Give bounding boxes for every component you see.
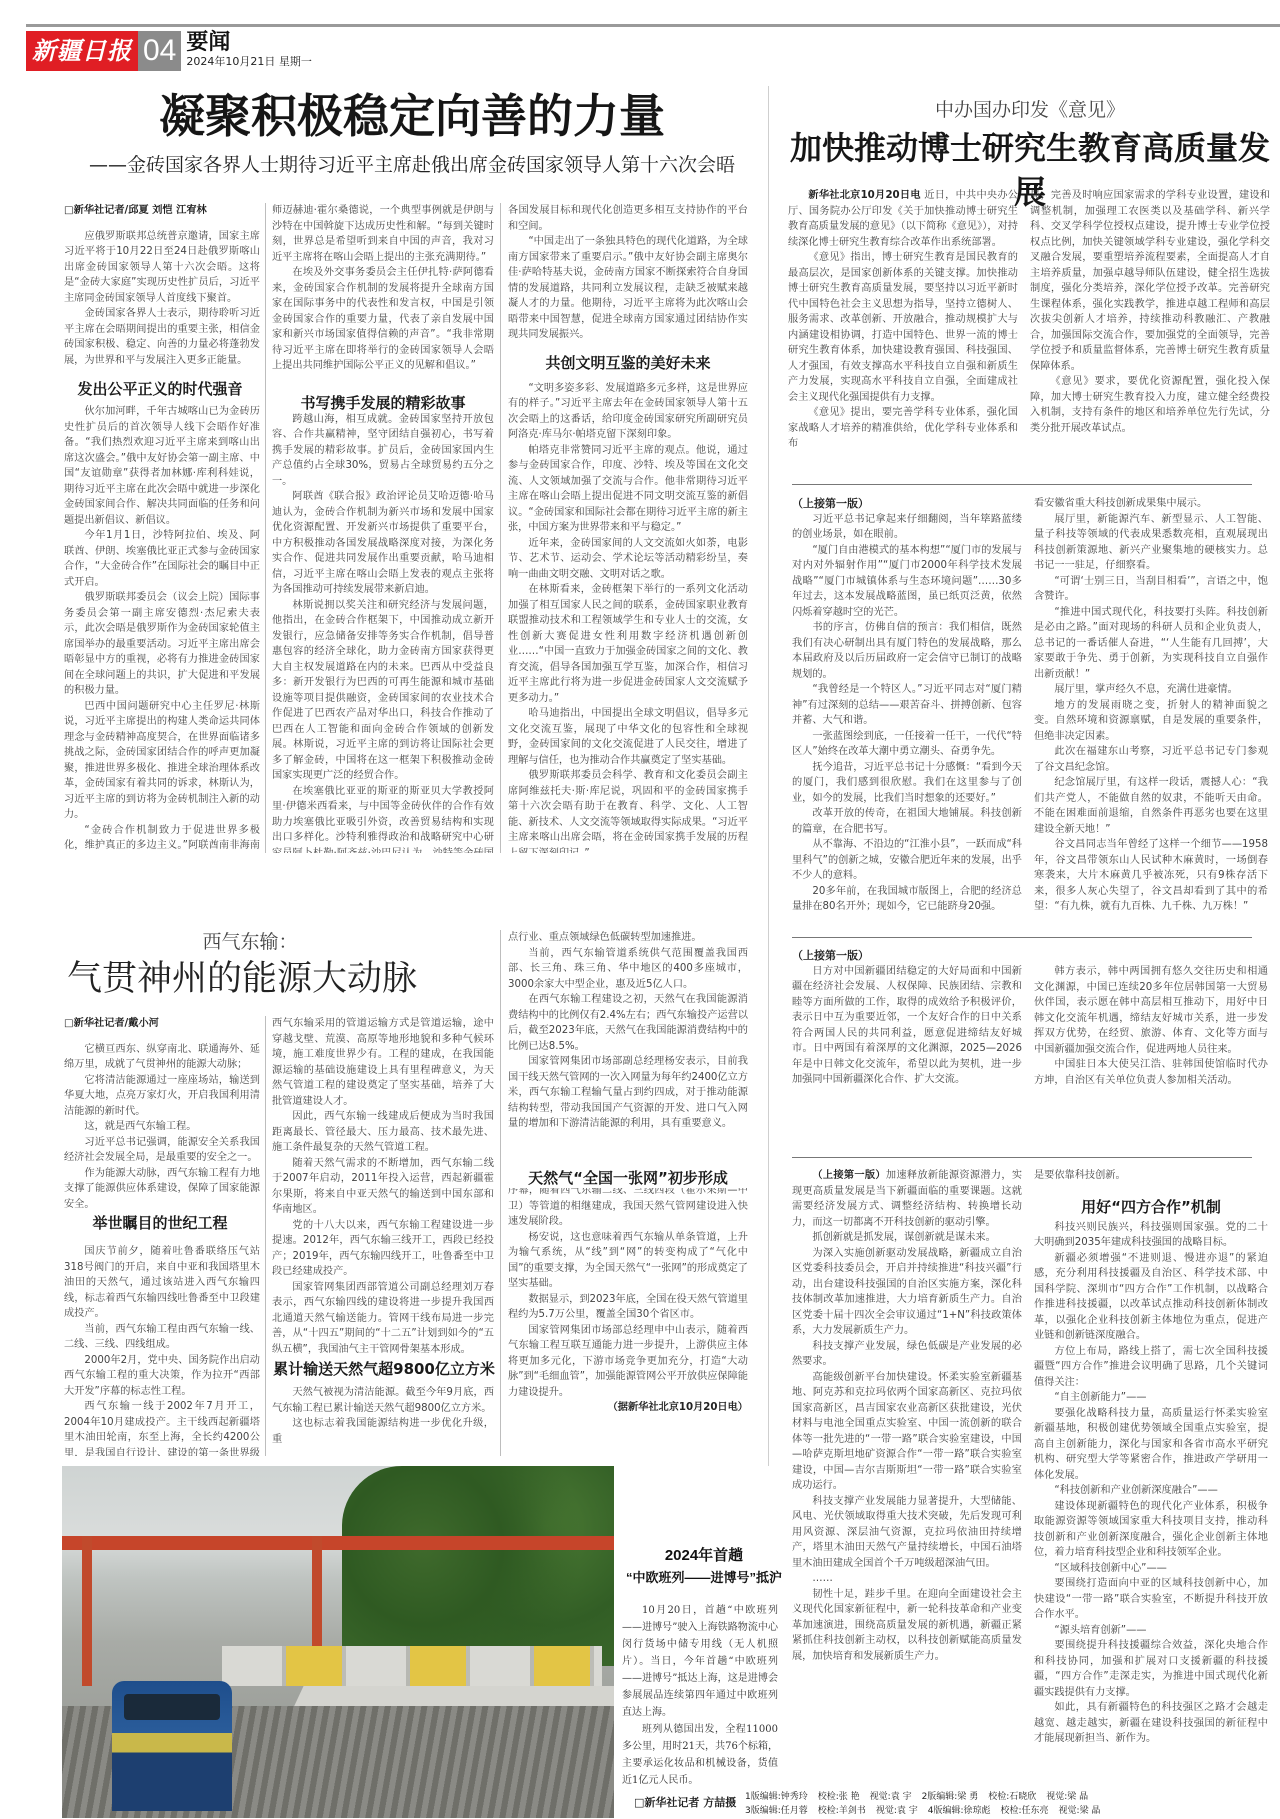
paragraph: 科技支撑产业发展能力显著提升，大型储能、风电、光伏领域取得重大技术突破，先后发现… xyxy=(792,1494,1022,1572)
section-rule xyxy=(792,484,1252,485)
article2-column-2: 局，完善及时响应国家需求的学科专业设置，建设和调整机制，加强理工农医类以及基础学… xyxy=(1030,188,1270,458)
paragraph: 点行业、重点领域绿色低碳转型加速推进。 xyxy=(508,930,748,946)
paragraph: 这也标志着我国能源结构进一步优化升级，重 xyxy=(272,1416,494,1445)
editor-row-1: 1版编辑:钟秀玲校检:张 艳视觉:袁 宇2版编辑:梁 勇校检:石晓欣视觉:梁 晶 xyxy=(745,1790,1110,1804)
paragraph: 在埃及外交事务委员会主任伊扎特·萨阿德看来，金砖国家合作机制的发展将提升全球南方… xyxy=(272,265,494,374)
paragraph: 纪念馆展厅里，有这样一段话，震撼人心：“我们共产党人，不能做自然的奴隶，不能听天… xyxy=(1034,775,1268,837)
paragraph: 在林斯看来，金砖框架下举行的一系列文化活动加强了相互国家人民之间的联系，金砖国家… xyxy=(508,582,748,706)
paragraph: “文明多姿多彩、发展道路多元多样，这是世界应有的样子。”习近平主席去年在金砖国家… xyxy=(508,381,748,443)
editor-credit: 视觉:梁 晶 xyxy=(1046,1790,1088,1804)
paragraph: 西气东输一线于2002年7月开工，2004年10月建成投产。主干线西起新疆塔里木… xyxy=(64,1399,260,1456)
section-title: 要闻 xyxy=(186,31,312,55)
paragraph: 哈马迪指出，中国提出全球文明倡议，倡导多元文化交流互鉴，展现了中华文化的包容性和… xyxy=(508,706,748,768)
section-rule xyxy=(792,937,1252,938)
paragraph: 要强化战略科技力量，高质量运行怀柔实验室新疆基地，积极创建优势领域全国重点实验室… xyxy=(1034,1406,1268,1484)
paragraph: 它横亘西东、纵穿南北、联通海外、延绵万里，成就了气贯神州的能源大动脉； xyxy=(64,1042,260,1073)
newspaper-logo: 新疆日报 xyxy=(26,31,138,71)
paragraph: “中国走出了一条独具特色的现代化道路，为全球南方国家带来了重要启示。”俄中友好协… xyxy=(508,234,748,343)
article5-section3-title: 天然气“全国一张网”初步形成 xyxy=(508,1167,748,1188)
paragraph: 巴西中国问题研究中心主任罗尼·林斯说，习近平主席提出的构建人类命运共同体理念与金… xyxy=(64,699,260,823)
article1-section2-title: 书写携手发展的精彩故事 xyxy=(272,392,494,413)
news-photo-train xyxy=(62,1466,614,1818)
section-rule xyxy=(792,1157,1252,1158)
paragraph: 《意见》指出，博士研究生教育是国民教育的最高层次，是国家创新体系的关键支撑。加快… xyxy=(788,250,1018,405)
paragraph: 当前，西气东输工程由西气东输一线、二线、三线、四线组成。 xyxy=(64,1322,260,1353)
editor-credit: 校检:羊剑书 xyxy=(818,1804,866,1818)
paragraph: 要围绕提升科技援疆综合效益，深化央地合作和科技协同，加强和扩展对口支援新疆的科技… xyxy=(1034,1638,1268,1700)
paragraph: 是要依靠科技创新。 xyxy=(1034,1168,1268,1184)
paragraph: 科技兴则民族兴，科技强则国家强。党的二十大明确到2035年建成科技强国的战略目标… xyxy=(1034,1220,1268,1251)
paragraph: 新华社北京10月20日电 近日，中共中央办公厅、国务院办公厅印发《关于加快推动博… xyxy=(788,188,1018,250)
paragraph: 国家管网集团市场部总经理申中山表示，随着西气东输工程互联互通能力进一步提升，上游… xyxy=(508,1323,748,1401)
paragraph: 当前，西气东输管道系统供气范围覆盖我国西部、长三角、珠三角、华中地区的400多座… xyxy=(508,946,748,993)
article3-jump-label: （上接第一版） xyxy=(792,496,1022,512)
paragraph: 日方对中国新疆团结稳定的大好局面和中国新疆在经济社会发展、人权保障、民族团结、宗… xyxy=(792,964,1022,1088)
photo-containers xyxy=(222,1646,602,1686)
article2-kicker: 中办国办印发《意见》 xyxy=(780,98,1280,122)
paragraph: 改革开放的传奇，在祖国大地铺展。科技创新的篇章，在合肥书写。 xyxy=(792,806,1022,837)
article2-column-1: 新华社北京10月20日电 近日，中共中央办公厅、国务院办公厅印发《关于加快推动博… xyxy=(788,188,1018,458)
paragraph: 一张蓝图绘到底，一任接着一任干，一代代“特区人”始终在改革大潮中勇立潮头、奋勇争… xyxy=(792,729,1022,760)
editor-credit: 校检:张 艳 xyxy=(818,1790,860,1804)
article6-column-1: （上接第一版）加速释放新能源资源潜力，实现更高质量发展是当下新疆面临的重要课题。… xyxy=(792,1168,1022,1788)
paragraph: 韩方表示，韩中两国拥有悠久交往历史和相通文化渊源，中国已连续20多年位居韩国第一… xyxy=(1034,964,1268,1057)
paragraph: 党的十八大以来，西气东输工程建设进一步提速。2012年，西气东输三线开工，西段已… xyxy=(272,1218,494,1280)
editor-credit: 视觉:梁 晶 xyxy=(1059,1804,1101,1818)
editor-credit: 视觉:袁 宇 xyxy=(876,1804,918,1818)
article4-column-1: （上接第一版） 日方对中国新疆团结稳定的大好局面和中国新疆在经济社会发展、人权保… xyxy=(792,948,1022,1144)
paragraph: 俄罗斯联邦委员会（议会上院）国际事务委员会第一副主席安德烈·杰尼索夫表示，此次会… xyxy=(64,590,260,699)
paragraph: 林斯说拥以奖关注和研究经济与发展问题，他指出，在金砖合作框架下，中国推动成立新开… xyxy=(272,598,494,784)
article5-column-1: □新华社记者/戴小河 它横亘西东、纵穿南北、联通海外、延绵万里，成就了气贯神州的… xyxy=(64,1016,260,1456)
paragraph: 各国发展目标和现代化创造更多相互支持协作的平台和空间。 xyxy=(508,203,748,234)
photo-caption-body: 10月20日，首趟“中欧班列——进博号”驶入上海铁路物流中心闵行货场中储专用线（… xyxy=(622,1602,778,1789)
paragraph: 谷文昌同志当年曾经了这样一个细节——1958年，谷文昌带领东山人民试种木麻黄时，… xyxy=(1034,837,1268,915)
page-number: 04 xyxy=(138,31,181,71)
article5-column-3: 点行业、重点领域绿色低碳转型加速推进。 当前，西气东输管道系统供气范围覆盖我国西… xyxy=(508,930,748,1456)
paragraph: 它将清洁能源通过一座座场站，输送到华夏大地，点亮万家灯火，开启我国利用清洁能源的… xyxy=(64,1073,260,1120)
paragraph: （上接第一版）加速释放新能源资源潜力，实现更高质量发展是当下新疆面临的重要课题。… xyxy=(792,1168,1022,1230)
paragraph: 因此，西气东输一线建成后便成为当时我国距离最长、管径最大、压力最高、技术最先进、… xyxy=(272,1109,494,1156)
photo-caption-title-1: 2024年首趟 xyxy=(614,1546,794,1566)
article4-column-2: 韩方表示，韩中两国拥有悠久交往历史和相通文化渊源，中国已连续20多年位居韩国第一… xyxy=(1034,964,1268,1144)
paragraph: 在埃塞俄比亚亚的斯亚的斯亚贝大学教授阿里·伊德米西看来，与中国等金砖伙伴的合作有… xyxy=(272,784,494,854)
paragraph: 地方的发展雨晓之变，折射人的精神面貌之变。自然环境和资源禀赋，自是发展的重要条件… xyxy=(1034,698,1268,745)
paragraph: 今年1月1日，沙特阿拉伯、埃及、阿联酋、伊朗、埃塞俄比亚正式参与金砖国家合作，“… xyxy=(64,528,260,590)
article1-headline: 凝聚积极稳定向善的力量 xyxy=(62,86,762,146)
paragraph: 展厅里，掌声经久不息，充满仕进豪情。 xyxy=(1034,682,1268,698)
section-header: 要闻 2024年10月21日 星期一 xyxy=(181,31,312,71)
paragraph: 国家管网集团市场部副总经理杨安表示，目前我国干线天然气管网的一次入网量为每年约2… xyxy=(508,1054,748,1132)
paragraph: 要围绕打造面向中亚的区域科技创新中心，加快建设“一带一路”联合实验室，不断提升科… xyxy=(1034,1576,1268,1623)
masthead-rule xyxy=(26,24,1280,27)
article5-headline: 气贯神州的能源大动脉 xyxy=(62,956,422,1002)
article1-column-1: □新华社记者/邱夏 刘恺 江宥林 应俄罗斯联邦总统普京邀请，国家主席习近平将于1… xyxy=(64,203,260,853)
article3-column-2: 看安徽省重大科技创新成果集中展示。 展厅里，新能源汽车、新型显示、人工智能、量子… xyxy=(1034,496,1268,916)
paragraph: 俄罗斯联邦委员会科学、教育和文化委员会副主席阿维兹托夫·斯·库尼说，巩固和平的金… xyxy=(508,768,748,853)
article4-jump-label: （上接第一版） xyxy=(792,948,1022,964)
paragraph: 抓创新就是抓发展，谋创新就是谋未来。 xyxy=(792,1230,1022,1246)
column-divider xyxy=(265,1016,266,1456)
editor-credits: 1版编辑:钟秀玲校检:张 艳视觉:袁 宇2版编辑:梁 勇校检:石晓欣视觉:梁 晶… xyxy=(745,1790,1110,1818)
editor-credit: 3版编辑:任月蓉 xyxy=(745,1804,808,1818)
article1-byline: □新华社记者/邱夏 刘恺 江宥林 xyxy=(64,203,260,219)
paragraph: 金砖国家各界人士表示，期待聆听习近平主席在会晤期间提出的重要主张，相信金砖国家积… xyxy=(64,306,260,368)
paragraph: 帕塔克非常赞同习近平主席的观点。他说，通过参与金砖国家合作，印度、沙特、埃及等国… xyxy=(508,443,748,536)
paragraph: 应俄罗斯联邦总统普京邀请，国家主席习近平将于10月22日至24日赴俄罗斯喀山出席… xyxy=(64,229,260,307)
paragraph: 科技支撑产业发展，绿色低碳是产业发展的必然要求。 xyxy=(792,1339,1022,1370)
editor-credit: 校检:任东亮 xyxy=(1000,1804,1048,1818)
paragraph: 国庆节前夕，随着吐鲁番联络压气站318号阀门的开启，来自中亚和我国塔里木油田的天… xyxy=(64,1244,260,1322)
article1-section1-title: 发出公平正义的时代强音 xyxy=(62,378,258,399)
paragraph: 亿万千百十，皆起于一。“惟其艰巨，所以伟大；惟其艰巨，更显荣光。” xyxy=(1034,915,1268,917)
paragraph: 阿联酋《联合报》政治评论员艾哈迈德·哈马迪认为，金砖合作机制为新兴市场和发展中国… xyxy=(272,489,494,598)
paragraph: 《意见》要求，要优化资源配置，强化投入保障，加大博士研究生教育投入力度，建立健全… xyxy=(1030,374,1270,436)
paragraph: 为深入实施创新驱动发展战略，新疆成立自治区党委科技委员会，开启并持续推进“科技兴… xyxy=(792,1246,1022,1339)
article6-jump-label: （上接第一版） xyxy=(812,1170,885,1181)
article1-column-2: 师迈赫迪·霍尔桑德说，一个典型事例就是伊朗与沙特在中国斡旋下达成历史性和解。“每… xyxy=(272,203,494,853)
paragraph: 展厅里，新能源汽车、新型显示、人工智能、量子科技等领域的代表成果悉数亮相，直观展… xyxy=(1034,512,1268,574)
article6-section1-title: 用好“四方合作”机制 xyxy=(1034,1196,1268,1217)
paragraph: 中国驻日本大使吴江浩、驻韩国使馆临时代办方坤，自治区有关单位负责人参加相关活动。 xyxy=(1034,1057,1268,1088)
paragraph: 如此，具有新疆特色的科技强区之路才会越走越宽、越走越实，新疆在建设科技强国的新征… xyxy=(1034,1700,1268,1747)
photo-caption-title-2: “中欧班列——进博号”抵沪 xyxy=(614,1568,794,1588)
paragraph: 高能级创新平台加快建设。怀柔实验室新疆基地、阿克苏和克拉玛依两个国家高新区、克拉… xyxy=(792,1370,1022,1494)
paragraph: 西气东输采用的管道运输方式是管道运输，途中穿越戈壁、荒漠、高原等地形地貌和多种气… xyxy=(272,1016,494,1109)
paragraph: “源头培育创新”—— xyxy=(1034,1623,1268,1639)
article5-section2-body: 天然气被视为清洁能源。截至今年9月底，西气东输工程已累计输送天然气超9800亿立… xyxy=(272,1385,494,1445)
paragraph: “可谓‘士别三日，当刮目相看’”，言语之中，饱含赞许。 xyxy=(1034,574,1268,605)
paragraph: 习近平总书记强调，能源安全关系我国经济社会发展全局，是最重要的安全之一。 xyxy=(64,1135,260,1166)
column-divider xyxy=(500,203,501,853)
photo-crane-leg xyxy=(82,1536,92,1686)
article1-subheadline: ——金砖国家各界人士期待习近平主席赴俄出席金砖国家领导人第十六次会晤 xyxy=(52,152,772,178)
paragraph: 从不靠海、不沿边的“江淮小县”，一跃而成“科里科气”的创新之城，安徽合肥近年来的… xyxy=(792,837,1022,884)
paragraph: 党的十八大以来，习近平总书记三次到合肥考察调研，始终聚焦这里的“发展之钥”。 xyxy=(792,915,1022,917)
article5-section2-title: 累计输送天然气超9800亿立方米 xyxy=(270,1358,498,1379)
editor-credit: 1版编辑:钟秀玲 xyxy=(745,1790,808,1804)
paragraph: 新疆必须增强“不进则退、慢进亦退”的紧迫感，充分利用科技援疆及自治区、科学技术部… xyxy=(1034,1251,1268,1344)
issue-date: 2024年10月21日 星期一 xyxy=(186,55,312,69)
paragraph: 20多年前，在我国城市版图上，合肥的经济总量排在80名开外；现如今，它已能跻身2… xyxy=(792,884,1022,915)
photo-trees xyxy=(342,1466,614,1666)
paragraph: 抚今追昔，习近平总书记十分感慨：“看到今天的厦门，我们感到很欣慰。我们在这里参与… xyxy=(792,760,1022,807)
article5-kicker: 西气东输： xyxy=(170,930,330,954)
paragraph: 杨安说，这也意味着西气东输从单条管道，上升为输气系统，从“线”到“网”的转变构成… xyxy=(508,1230,748,1292)
paragraph: 作为能源大动脉，西气东输工程有力地支撑了能源供应体系建设，保障了国家能源安全。 xyxy=(64,1166,260,1213)
photo-credit: □新华社记者 方喆摄 xyxy=(634,1794,736,1810)
paragraph: “科技创新和产业创新深度融合”—— xyxy=(1034,1483,1268,1499)
masthead: 新疆日报 04 要闻 2024年10月21日 星期一 xyxy=(26,31,312,71)
paragraph: 数据显示，到2023年底，全国在役天然气管道里程约为5.7万公里，覆盖全国30个… xyxy=(508,1292,748,1323)
paragraph: 韧性十足，跬步千里。在迎向全面建设社会主义现代化国家新征程中，新一轮科技革命和产… xyxy=(792,1587,1022,1665)
paragraph: 此次在福建东山考察，习近平总书记专门参观了谷文昌纪念馆。 xyxy=(1034,744,1268,775)
photo-gantry-crane xyxy=(62,1536,614,1550)
editor-credit: 4版编辑:徐琼彪 xyxy=(928,1804,991,1818)
paragraph: 班列从德国出发，全程11000多公里，用时21天，共76个标箱，主要承运化妆品和… xyxy=(622,1721,778,1789)
paragraph: 10月20日，首趟“中欧班列——进博号”驶入上海铁路物流中心闵行货场中储专用线（… xyxy=(622,1602,778,1721)
paragraph: 近年来，金砖国家间的人文交流如火如荼，电影节、艺术节、运动会、学术论坛等活动精彩… xyxy=(508,536,748,583)
article1-section3-title: 共创文明互鉴的美好未来 xyxy=(508,352,748,373)
paragraph: 这，就是西气东输工程。 xyxy=(64,1119,260,1135)
article1-column-3: 各国发展目标和现代化创造更多相互支持协作的平台和空间。 “中国走出了一条独具特色… xyxy=(508,203,748,853)
paragraph: 2000年2月，党中央、国务院作出启动西气东输工程的重大决策，作为拉开“西部大开… xyxy=(64,1353,260,1400)
paragraph: “金砖合作机制致力于促进世界多极化，维护真正的多边主义。”阿联酋南非海南研究中心… xyxy=(64,823,260,854)
paragraph: 局，完善及时响应国家需求的学科专业设置，建设和调整机制，加强理工农医类以及基础学… xyxy=(1030,188,1270,374)
paragraph: 随着天然气需求的不断增加，西气东输二线于2007年启动，2011年投入运营，西起… xyxy=(272,1156,494,1218)
paragraph: “推进中国式现代化，科技要打头阵。科技创新是必由之路。”面对现场的科研人员和企业… xyxy=(1034,605,1268,683)
editor-credit: 视觉:袁 宇 xyxy=(870,1790,912,1804)
paragraph: 在西气东输工程建设之初，天然气在我国能源消费结构中的比例仅有2.4%左右；西气东… xyxy=(508,992,748,1054)
paragraph: 伙尔加河畔，千年古城喀山已为金砖历史性扩员后的首次领导人线下会晤作好准备。“我们… xyxy=(64,404,260,528)
photo-locomotive-window xyxy=(124,1694,220,1720)
article2-dateline: 新华社北京10月20日电 xyxy=(808,190,920,201)
article5-signoff: （据新华社北京10月20日电） xyxy=(508,1400,748,1416)
paragraph: 跨越山海，相互成就。金砖国家坚持开放包容、合作共赢精神，坚守团结自强初心，书写着… xyxy=(272,412,494,490)
paragraph: 书的序言，仿佛自信的预言：我们相信，既然我们有决心研制出具有厦门特色的发展战略，… xyxy=(792,620,1022,682)
article3-column-1: （上接第一版） 习近平总书记拿起来仔细翻阅，当年筚路蓝缕的创业场景，如在眼前。 … xyxy=(792,496,1022,916)
paragraph: 建设体现新疆特色的现代化产业体系，积极争取能源资源等领域国家重大科技项目支持，推… xyxy=(1034,1499,1268,1561)
column-divider xyxy=(500,930,501,1456)
editor-credit: 校检:石晓欣 xyxy=(988,1790,1036,1804)
article5-section1-title: 举世瞩目的世纪工程 xyxy=(62,1212,258,1233)
paragraph: “厦门自由港模式的基本构想”“厦门市的发展与对内对外辐射作用”“厦门市2000年… xyxy=(792,543,1022,621)
paragraph: 天然气被视为清洁能源。截至今年9月底，西气东输工程已累计输送天然气超9800亿立… xyxy=(272,1385,494,1416)
paragraph: 方位上布局，路线上搭了，需七次全国科技援疆暨“四方合作”推进会议明确了思路，几个… xyxy=(1034,1344,1268,1391)
editor-row-2: 3版编辑:任月蓉校检:羊剑书视觉:袁 宇4版编辑:徐琼彪校检:任东亮视觉:梁 晶 xyxy=(745,1804,1110,1818)
article6-column-2: 是要依靠科技创新。 科技兴则民族兴，科技强则国家强。党的二十大明确到2035年建… xyxy=(1034,1168,1268,1788)
column-divider xyxy=(265,203,266,853)
paragraph: 国家管网集团西部管道公司副总经理刘万春表示，西气东输四线的建设将进一步提升我国西… xyxy=(272,1280,494,1358)
paragraph: 看安徽省重大科技创新成果集中展示。 xyxy=(1034,496,1268,512)
paragraph: …… xyxy=(792,1571,1022,1587)
paragraph: 《意见》提出，要完善学科专业体系，强化国家战略人才培养的精准供给，优化学科专业体… xyxy=(788,405,1018,452)
editor-credit: 2版编辑:梁 勇 xyxy=(922,1790,979,1804)
paragraph: “自主创新能力”—— xyxy=(1034,1390,1268,1406)
article5-byline: □新华社记者/戴小河 xyxy=(64,1016,260,1032)
paragraph: “区域科技创新中心”—— xyxy=(1034,1561,1268,1577)
paragraph: 习近平总书记拿起来仔细翻阅，当年筚路蓝缕的创业场景，如在眼前。 xyxy=(792,512,1022,543)
paragraph: “我曾经是一个特区人。”习近平同志对“厦门精神”有过深刻的总结——艰苦奋斗、拼搏… xyxy=(792,682,1022,729)
paragraph: 师迈赫迪·霍尔桑德说，一个典型事例就是伊朗与沙特在中国斡旋下达成历史性和解。“每… xyxy=(272,203,494,265)
